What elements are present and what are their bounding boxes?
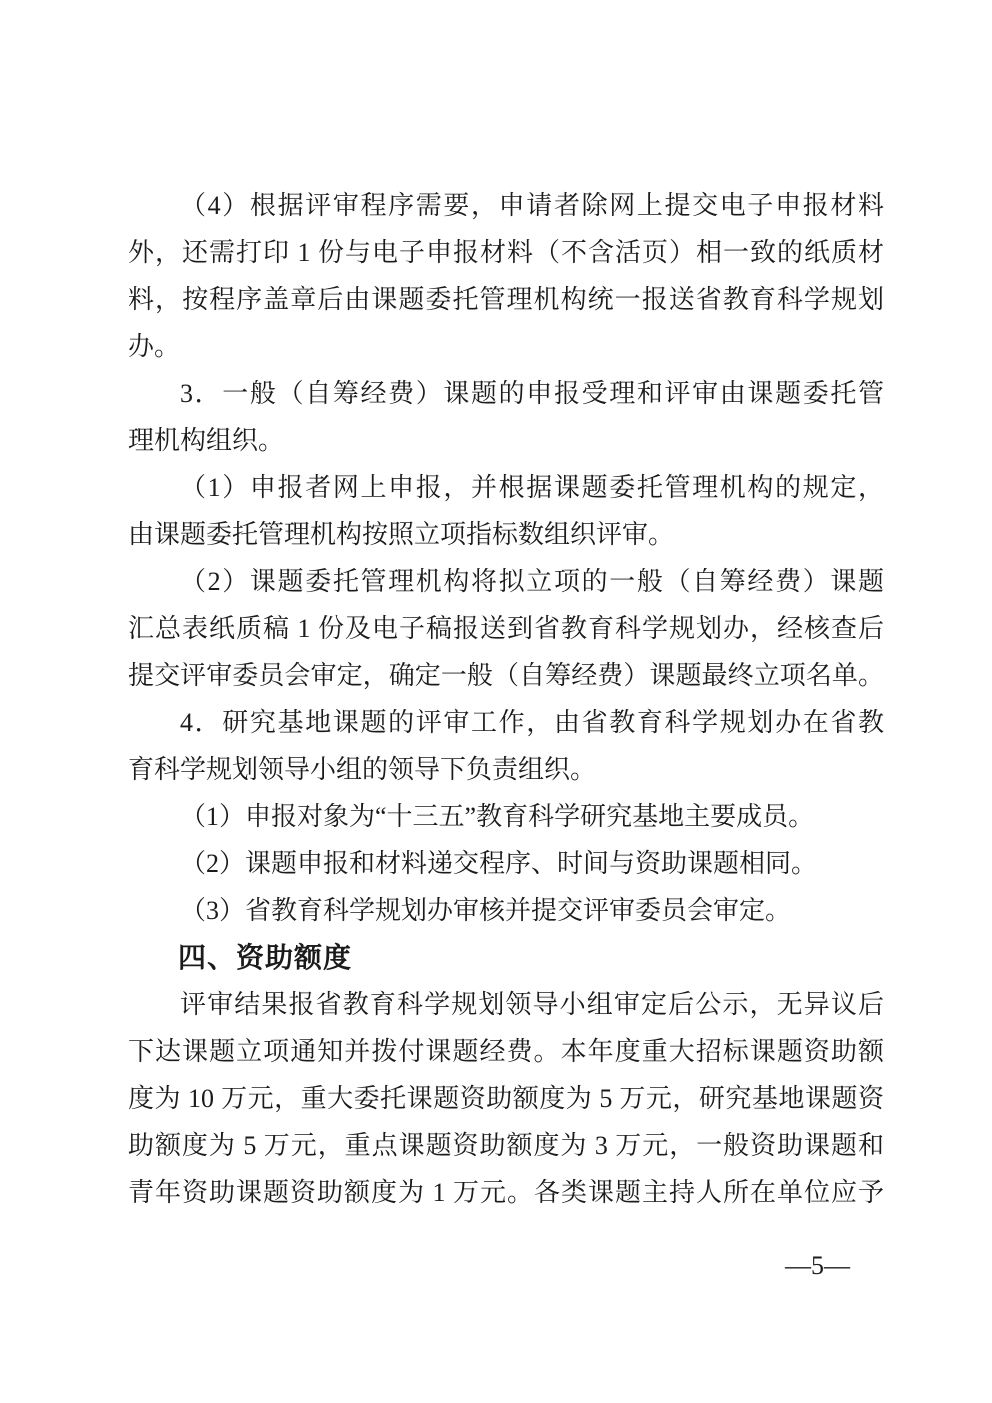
text-line: 料，按程序盖章后由课题委托管理机构统一报送省教育科学规划 bbox=[128, 276, 884, 323]
text-line: （1）申报对象为“十三五”教育科学研究基地主要成员。 bbox=[128, 793, 884, 840]
text-line: （3）省教育科学规划办审核并提交评审委员会审定。 bbox=[128, 887, 884, 934]
text-line: （1）申报者网上申报，并根据课题委托管理机构的规定， bbox=[128, 464, 884, 511]
text-line: 理机构组织。 bbox=[128, 417, 884, 464]
text-line: 下达课题立项通知并拨付课题经费。本年度重大招标课题资助额 bbox=[128, 1028, 884, 1075]
page-number: —5— bbox=[785, 1242, 850, 1289]
document-page: （4）根据评审程序需要，申请者除网上提交电子申报材料 外，还需打印 1 份与电子… bbox=[0, 0, 992, 1403]
text-line: 青年资助课题资助额度为 1 万元。各类课题主持人所在单位应予 bbox=[128, 1169, 884, 1216]
text-line: 育科学规划领导小组的领导下负责组织。 bbox=[128, 746, 884, 793]
text-line: （2）课题委托管理机构将拟立项的一般（自筹经费）课题 bbox=[128, 558, 884, 605]
text-line: 办。 bbox=[128, 323, 884, 370]
text-line: 由课题委托管理机构按照立项指标数组织评审。 bbox=[128, 511, 884, 558]
document-body: （4）根据评审程序需要，申请者除网上提交电子申报材料 外，还需打印 1 份与电子… bbox=[128, 182, 884, 1216]
text-line: 助额度为 5 万元，重点课题资助额度为 3 万元，一般资助课题和 bbox=[128, 1122, 884, 1169]
text-line: 汇总表纸质稿 1 份及电子稿报送到省教育科学规划办，经核查后 bbox=[128, 605, 884, 652]
text-line: 4．研究基地课题的评审工作，由省教育科学规划办在省教 bbox=[128, 699, 884, 746]
section-heading: 四、资助额度 bbox=[128, 934, 884, 981]
text-line: 评审结果报省教育科学规划领导小组审定后公示，无异议后 bbox=[128, 981, 884, 1028]
text-line: （2）课题申报和材料递交程序、时间与资助课题相同。 bbox=[128, 840, 884, 887]
text-line: 3．一般（自筹经费）课题的申报受理和评审由课题委托管 bbox=[128, 370, 884, 417]
text-line: 度为 10 万元，重大委托课题资助额度为 5 万元，研究基地课题资 bbox=[128, 1075, 884, 1122]
text-line: 提交评审委员会审定，确定一般（自筹经费）课题最终立项名单。 bbox=[128, 652, 884, 699]
text-line: （4）根据评审程序需要，申请者除网上提交电子申报材料 bbox=[128, 182, 884, 229]
text-line: 外，还需打印 1 份与电子申报材料（不含活页）相一致的纸质材 bbox=[128, 229, 884, 276]
